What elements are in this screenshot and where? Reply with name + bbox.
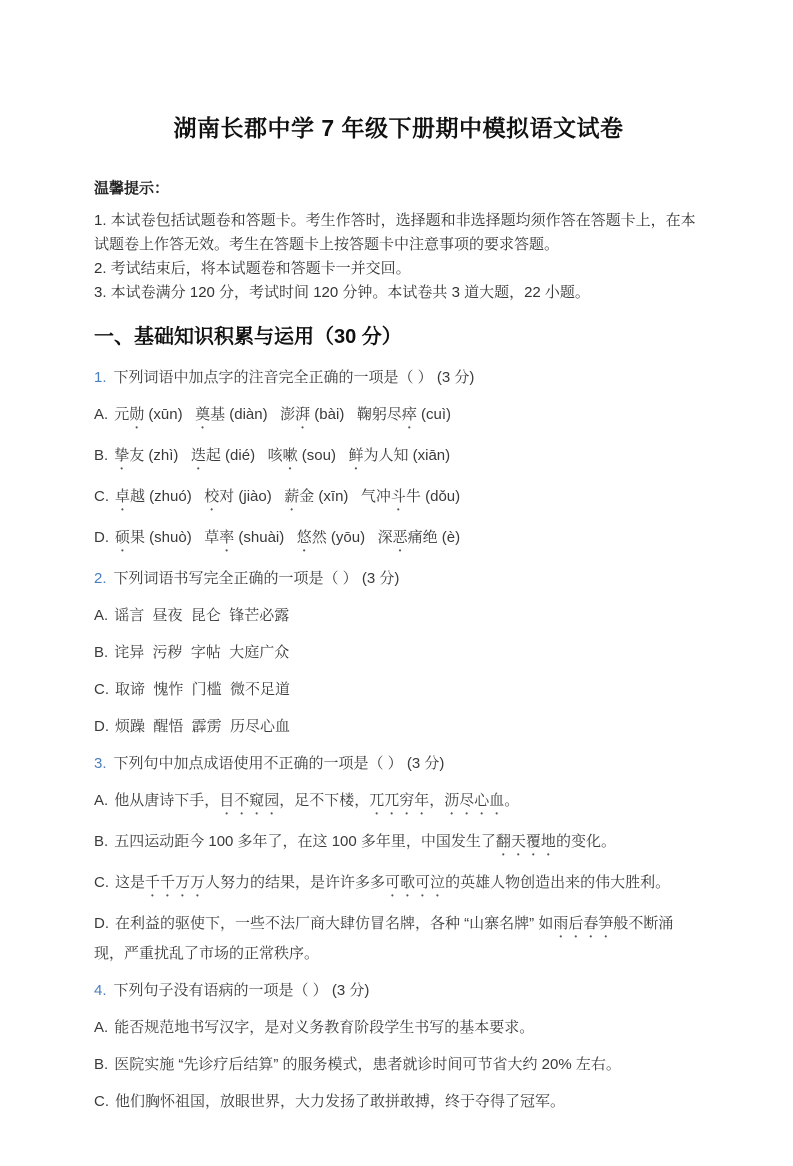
option-text: 这是千千万万人努力的结果，是许许多多可歌可泣的英雄人物创造出来的伟大胜利。	[115, 874, 670, 891]
option-label: A.	[94, 406, 108, 423]
question-stem: 1.下列词语中加点字的注音完全正确的一项是（ ） (3 分)	[94, 365, 703, 391]
notice-label: 温馨提示：	[94, 178, 703, 199]
dotted-text-run: 鲜	[348, 447, 363, 464]
option-text: 元勋 (xūn) 奠基 (diàn) 澎湃 (bài) 鞠躬尽瘁 (cuì)	[114, 406, 451, 423]
option-text: 挚友 (zhì) 迭起 (dié) 咳嗽 (sou) 鲜为人知 (xiān)	[114, 447, 450, 464]
dotted-text-run: 奠	[195, 406, 210, 423]
option-text: 五四运动距今 100 多年了，在这 100 多年里，中国发生了翻天覆地的变化。	[114, 833, 616, 850]
text-run: (bài) 鞠躬尽	[310, 406, 402, 423]
question-text: 下列词语中加点字的注音完全正确的一项是（ ） (3 分)	[114, 369, 475, 386]
question-option: C.卓越 (zhuó) 校对 (jiào) 薪金 (xīn) 气冲斗牛 (dǒu…	[94, 484, 703, 514]
option-label: D.	[94, 529, 109, 546]
option-label: C.	[94, 1093, 109, 1110]
questions-container: 1.下列词语中加点字的注音完全正确的一项是（ ） (3 分)A.元勋 (xūn)…	[94, 365, 703, 1115]
dotted-text-run: 迭	[191, 447, 206, 464]
question-stem: 3.下列句中加点成语使用不正确的一项是（ ） (3 分)	[94, 751, 703, 777]
option-text: 能否规范地书写汉字，是对义务教育阶段学生书写的基本要求。	[114, 1019, 534, 1036]
dotted-text-run: 瘁	[402, 406, 417, 423]
text-run: 。	[504, 792, 519, 809]
text-run: 诧异 污秽 字帖 大庭广众	[114, 644, 289, 661]
dotted-text-run: 卓	[115, 488, 130, 505]
dotted-text-run: 校	[204, 488, 219, 505]
question-option: A.谣言 昼夜 昆仑 锋芒必露	[94, 603, 703, 629]
question-option: A.元勋 (xūn) 奠基 (diàn) 澎湃 (bài) 鞠躬尽瘁 (cuì)	[94, 402, 703, 432]
notice-item: 3. 本试卷满分 120 分，考试时间 120 分钟。本试卷共 3 道大题，22…	[94, 281, 703, 305]
dotted-text-run: 雨后春笋	[553, 915, 613, 932]
dotted-text-run: 挚	[114, 447, 129, 464]
question-text: 下列句子没有语病的一项是（ ） (3 分)	[114, 982, 370, 999]
option-label: D.	[94, 915, 109, 932]
option-text: 他从唐诗下手，目不窥园，足不下楼，兀兀穷年，沥尽心血。	[114, 792, 519, 809]
text-run: 他们胸怀祖国，放眼世界，大力发扬了敢拼敢搏，终于夺得了冠军。	[115, 1093, 565, 1110]
notice-list: 1. 本试卷包括试题卷和答题卡。考生作答时，选择题和非选择题均须作答在答题卡上，…	[94, 209, 703, 305]
text-run: 取谛 愧怍 门槛 微不足道	[115, 681, 290, 698]
dotted-text-run: 硕	[115, 529, 130, 546]
question-number: 2.	[94, 570, 107, 587]
question-option: D.在利益的驱使下，一些不法厂商大肆仿冒名牌，各种 “山寨名牌” 如雨后春笋般不…	[94, 911, 703, 967]
text-run: 起 (dié) 咳	[206, 447, 283, 464]
text-run: 为人知 (xiān)	[363, 447, 450, 464]
option-text: 他们胸怀祖国，放眼世界，大力发扬了敢拼敢搏，终于夺得了冠军。	[115, 1093, 565, 1110]
dotted-text-run: 可歌可泣	[385, 874, 445, 891]
text-run: 在利益的驱使下，一些不法厂商大肆仿冒名牌，各种 “山寨名牌” 如	[115, 915, 553, 932]
question-option: A.能否规范地书写汉字，是对义务教育阶段学生书写的基本要求。	[94, 1015, 703, 1041]
question-number: 1.	[94, 369, 107, 386]
question-text: 下列词语书写完全正确的一项是（ ） (3 分)	[114, 570, 400, 587]
text-run: 然 (yōu) 深	[312, 529, 393, 546]
dotted-text-run: 率	[219, 529, 234, 546]
text-run: 他从唐诗下手，	[114, 792, 219, 809]
dotted-text-run: 湃	[295, 406, 310, 423]
question-option: D.烦躁 醒悟 霹雳 历尽心血	[94, 714, 703, 740]
dotted-text-run: 勋	[129, 406, 144, 423]
page-title: 湖南长郡中学 7 年级下册期中模拟语文试卷	[94, 112, 703, 144]
text-run: 能否规范地书写汉字，是对义务教育阶段学生书写的基本要求。	[114, 1019, 534, 1036]
text-run: 谣言 昼夜 昆仑 锋芒必露	[114, 607, 289, 624]
option-label: A.	[94, 792, 108, 809]
dotted-text-run: 嗽	[283, 447, 298, 464]
option-text: 取谛 愧怍 门槛 微不足道	[115, 681, 290, 698]
question-text: 下列句中加点成语使用不正确的一项是（ ） (3 分)	[114, 755, 445, 772]
question-option: A.他从唐诗下手，目不窥园，足不下楼，兀兀穷年，沥尽心血。	[94, 788, 703, 818]
text-run: ，	[429, 792, 444, 809]
dotted-text-run: 悠	[297, 529, 312, 546]
question-option: B.挚友 (zhì) 迭起 (dié) 咳嗽 (sou) 鲜为人知 (xiān)	[94, 443, 703, 473]
option-label: C.	[94, 488, 109, 505]
text-run: 的英雄人物创造出来的伟大胜利。	[445, 874, 670, 891]
option-text: 诧异 污秽 字帖 大庭广众	[114, 644, 289, 661]
text-run: 基 (diàn) 澎	[210, 406, 295, 423]
notice-item: 1. 本试卷包括试题卷和答题卡。考生作答时，选择题和非选择题均须作答在答题卡上，…	[94, 209, 703, 257]
question-option: C.这是千千万万人努力的结果，是许许多多可歌可泣的英雄人物创造出来的伟大胜利。	[94, 870, 703, 900]
text-run: ，足不下楼，	[279, 792, 369, 809]
dotted-text-run: 恶	[393, 529, 408, 546]
option-text: 医院实施 “先诊疗后结算” 的服务模式，患者就诊时间可节省大约 20% 左右。	[114, 1056, 621, 1073]
question-option: D.硕果 (shuò) 草率 (shuài) 悠然 (yōu) 深恶痛绝 (è)	[94, 525, 703, 555]
text-run: 元	[114, 406, 129, 423]
text-run: 烦躁 醒悟 霹雳 历尽心血	[115, 718, 290, 735]
exam-page: 湖南长郡中学 7 年级下册期中模拟语文试卷 温馨提示： 1. 本试卷包括试题卷和…	[0, 0, 793, 1166]
question-option: B.五四运动距今 100 多年了，在这 100 多年里，中国发生了翻天覆地的变化…	[94, 829, 703, 859]
dotted-text-run: 薪	[284, 488, 299, 505]
question-number: 4.	[94, 982, 107, 999]
text-run: (shuài)	[234, 529, 297, 546]
text-run: (xūn)	[144, 406, 195, 423]
option-label: B.	[94, 644, 108, 661]
text-run: 越 (zhuó)	[130, 488, 204, 505]
notice-item: 2. 考试结束后，将本试题卷和答题卡一并交回。	[94, 257, 703, 281]
text-run: 这是	[115, 874, 145, 891]
text-run: 人努力的结果，是许许多多	[205, 874, 385, 891]
text-run: 痛绝 (è)	[408, 529, 461, 546]
option-label: B.	[94, 447, 108, 464]
option-label: A.	[94, 1019, 108, 1036]
question-option: C.他们胸怀祖国，放眼世界，大力发扬了敢拼敢搏，终于夺得了冠军。	[94, 1089, 703, 1115]
text-run: 金 (xīn) 气冲	[299, 488, 391, 505]
question-option: B.医院实施 “先诊疗后结算” 的服务模式，患者就诊时间可节省大约 20% 左右…	[94, 1052, 703, 1078]
dotted-text-run: 目不窥园	[219, 792, 279, 809]
dotted-text-run: 翻天覆地	[496, 833, 556, 850]
option-label: A.	[94, 607, 108, 624]
text-run: 五四运动距今 100 多年了，在这 100 多年里，中国发生了	[114, 833, 496, 850]
text-run: 的变化。	[556, 833, 616, 850]
text-run: 友 (zhì)	[129, 447, 191, 464]
question-stem: 4.下列句子没有语病的一项是（ ） (3 分)	[94, 978, 703, 1004]
dotted-text-run: 斗	[391, 488, 406, 505]
option-label: B.	[94, 1056, 108, 1073]
option-text: 在利益的驱使下，一些不法厂商大肆仿冒名牌，各种 “山寨名牌” 如雨后春笋般不断涌…	[94, 915, 673, 962]
question-option: B.诧异 污秽 字帖 大庭广众	[94, 640, 703, 666]
text-run: 对 (jiào)	[219, 488, 284, 505]
option-text: 卓越 (zhuó) 校对 (jiào) 薪金 (xīn) 气冲斗牛 (dǒu)	[115, 488, 460, 505]
option-text: 硕果 (shuò) 草率 (shuài) 悠然 (yōu) 深恶痛绝 (è)	[115, 529, 460, 546]
dotted-text-run: 沥尽心血	[444, 792, 504, 809]
text-run: (sou)	[298, 447, 349, 464]
dotted-text-run: 兀兀穷年	[369, 792, 429, 809]
option-label: C.	[94, 681, 109, 698]
section-heading: 一、基础知识积累与运用（30 分）	[94, 323, 703, 351]
question-number: 3.	[94, 755, 107, 772]
option-label: D.	[94, 718, 109, 735]
text-run: (cuì)	[417, 406, 451, 423]
option-text: 谣言 昼夜 昆仑 锋芒必露	[114, 607, 289, 624]
text-run: 果 (shuò) 草	[130, 529, 219, 546]
text-run: 医院实施 “先诊疗后结算” 的服务模式，患者就诊时间可节省大约 20% 左右。	[114, 1056, 621, 1073]
question-stem: 2.下列词语书写完全正确的一项是（ ） (3 分)	[94, 566, 703, 592]
option-text: 烦躁 醒悟 霹雳 历尽心血	[115, 718, 290, 735]
question-option: C.取谛 愧怍 门槛 微不足道	[94, 677, 703, 703]
text-run: 牛 (dǒu)	[406, 488, 460, 505]
option-label: B.	[94, 833, 108, 850]
option-label: C.	[94, 874, 109, 891]
dotted-text-run: 千千万万	[145, 874, 205, 891]
